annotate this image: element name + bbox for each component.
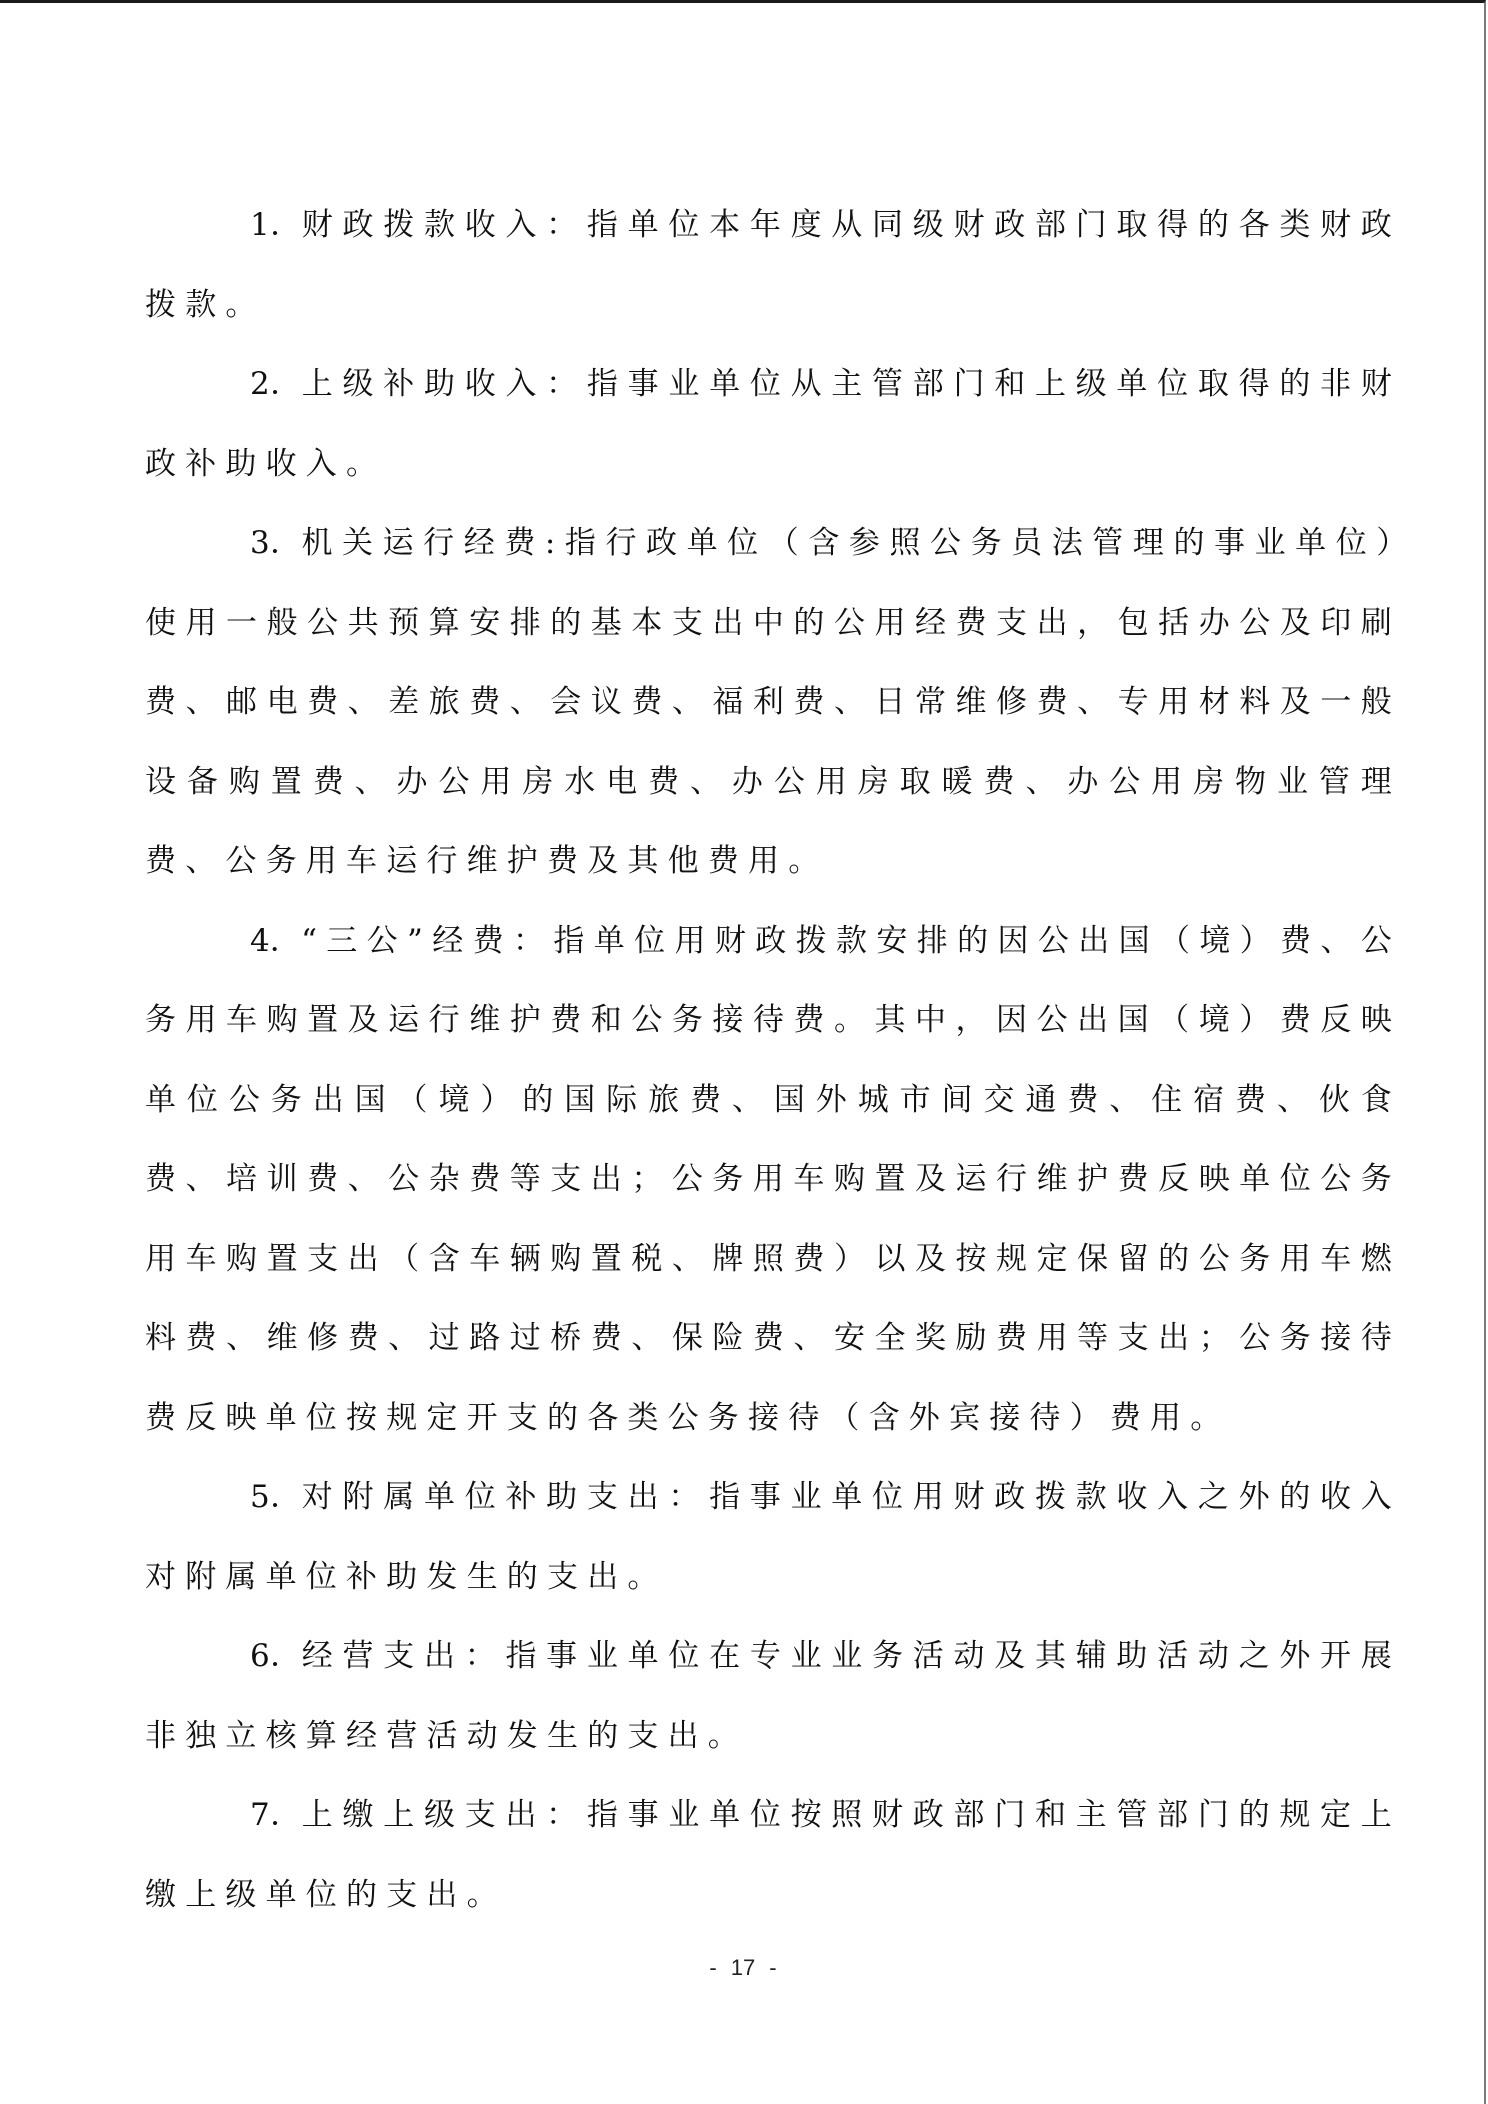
paragraph-text: 对附属单位补助支出：指事业单位用财政拨款收入之外的收入对附属单位补助发生的支出。 xyxy=(145,1479,1401,1595)
paragraph-text: “三公”经费：指单位用财政拨款安排的因公出国（境）费、公务用车购置及运行维护费和… xyxy=(145,923,1401,1436)
paragraph-6: 6．经营支出：指事业单位在专业业务活动及其辅助活动之外开展非独立核算经营活动发生… xyxy=(145,1617,1401,1776)
page-number: 17 xyxy=(731,1953,755,1983)
paragraph-number: 6． xyxy=(250,1638,302,1674)
paragraph-text: 财政拨款收入：指单位本年度从同级财政部门取得的各类财政拨款。 xyxy=(145,207,1401,323)
document-page: 1．财政拨款收入：指单位本年度从同级财政部门取得的各类财政拨款。 2．上级补助收… xyxy=(0,0,1486,2104)
paragraph-3: 3．机关运行经费:指行政单位（含参照公务员法管理的事业单位）使用一般公共预算安排… xyxy=(145,504,1401,902)
paragraph-text: 机关运行经费:指行政单位（含参照公务员法管理的事业单位）使用一般公共预算安排的基… xyxy=(145,525,1401,879)
paragraph-text: 上级补助收入：指事业单位从主管部门和上级单位取得的非财政补助收入。 xyxy=(145,366,1401,482)
page-number-dash-right: - xyxy=(769,1953,776,1983)
paragraph-7: 7．上缴上级支出：指事业单位按照财政部门和主管部门的规定上缴上级单位的支出。 xyxy=(145,1776,1401,1935)
document-body: 1．财政拨款收入：指单位本年度从同级财政部门取得的各类财政拨款。 2．上级补助收… xyxy=(145,186,1401,1935)
paragraph-1: 1．财政拨款收入：指单位本年度从同级财政部门取得的各类财政拨款。 xyxy=(145,186,1401,345)
paragraph-number: 2． xyxy=(250,366,302,402)
paragraph-4: 4．“三公”经费：指单位用财政拨款安排的因公出国（境）费、公务用车购置及运行维护… xyxy=(145,902,1401,1459)
paragraph-5: 5．对附属单位补助支出：指事业单位用财政拨款收入之外的收入对附属单位补助发生的支… xyxy=(145,1458,1401,1617)
paragraph-number: 7． xyxy=(250,1797,302,1833)
paragraph-2: 2．上级补助收入：指事业单位从主管部门和上级单位取得的非财政补助收入。 xyxy=(145,345,1401,504)
paragraph-number: 5． xyxy=(250,1479,302,1515)
paragraph-number: 4． xyxy=(250,923,301,959)
page-number-dash-left: - xyxy=(709,1953,716,1983)
paragraph-number: 1． xyxy=(250,207,302,243)
paragraph-text: 经营支出：指事业单位在专业业务活动及其辅助活动之外开展非独立核算经营活动发生的支… xyxy=(145,1638,1401,1754)
paragraph-number: 3． xyxy=(250,525,301,561)
paragraph-text: 上缴上级支出：指事业单位按照财政部门和主管部门的规定上缴上级单位的支出。 xyxy=(145,1797,1401,1913)
page-footer: -17- xyxy=(0,1953,1486,1983)
